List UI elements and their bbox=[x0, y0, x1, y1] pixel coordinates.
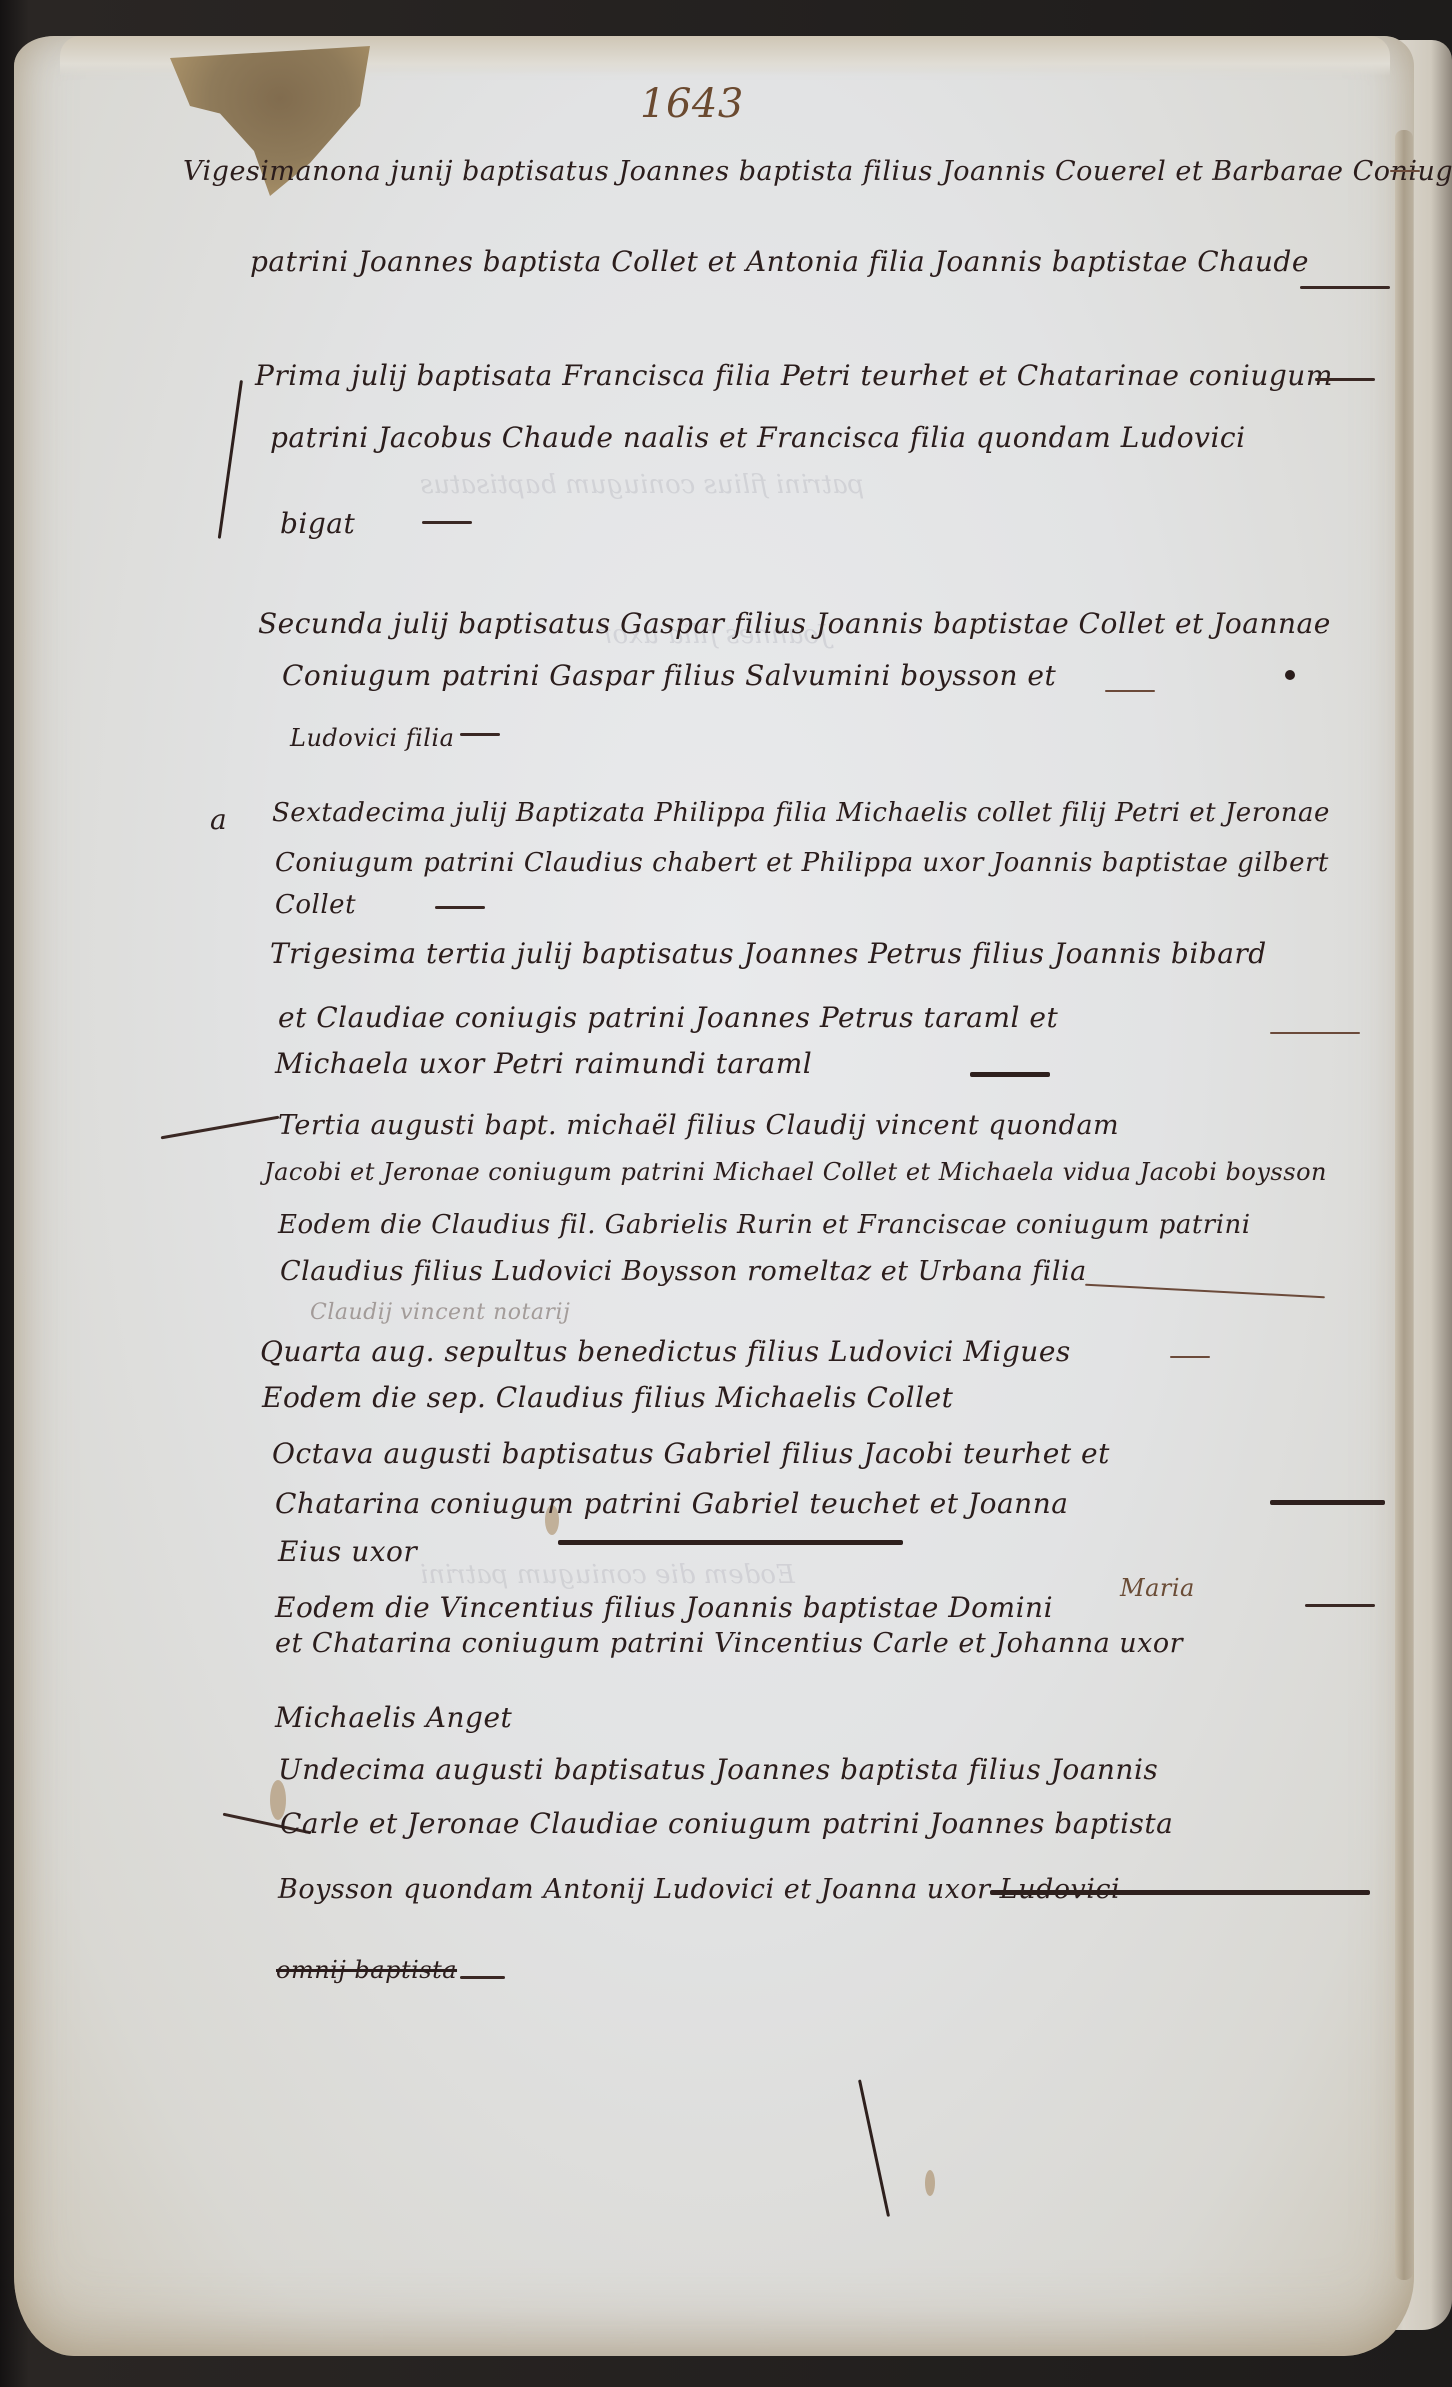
line-filler bbox=[1305, 1604, 1375, 1607]
line-filler bbox=[435, 906, 485, 909]
entry-9-line-1: Eodem die sep. Claudius filius Michaelis… bbox=[262, 1384, 953, 1412]
entry-6-line-1: Tertia augusti bapt. michaël filius Clau… bbox=[278, 1112, 1119, 1139]
entry-7-line-1: Eodem die Claudius fil. Gabrielis Rurin … bbox=[278, 1212, 1251, 1238]
entry-5-line-2: et Claudiae coniugis patrini Joannes Pet… bbox=[278, 1004, 1058, 1032]
line-filler bbox=[1270, 1500, 1385, 1505]
entry-10-line-1: Octava augusti baptisatus Gabriel filius… bbox=[272, 1440, 1110, 1468]
ink-spot bbox=[925, 2170, 935, 2196]
entry-10-line-2: Chatarina coniugum patrini Gabriel teuch… bbox=[275, 1490, 1068, 1518]
entry-3-line-2: Coniugum patrini Gaspar filius Salvumini… bbox=[282, 662, 1056, 690]
interlinear-annotation: Maria bbox=[1120, 1576, 1195, 1600]
line-filler bbox=[460, 733, 500, 736]
entry-3-line-3: Ludovici filia bbox=[290, 726, 454, 750]
line-filler bbox=[1315, 378, 1375, 381]
entry-1-line-1: Vigesimanona junij baptisatus Joannes ba… bbox=[183, 158, 1452, 185]
ink-dot bbox=[1285, 670, 1295, 680]
entry-4-line-3: Collet bbox=[275, 892, 356, 918]
entry-10-line-3: Eius uxor bbox=[278, 1538, 417, 1566]
entry-11-line-3: Michaelis Anget bbox=[275, 1704, 512, 1732]
line-filler bbox=[1270, 1032, 1360, 1034]
entry-8-line-1: Quarta aug. sepultus benedictus filius L… bbox=[260, 1338, 1071, 1366]
entry-11-line-1: Eodem die Vincentius filius Joannis bapt… bbox=[275, 1594, 1053, 1622]
entry-6-line-2: Jacobi et Jeronae coniugum patrini Micha… bbox=[264, 1160, 1327, 1184]
entry-2-line-3: bigat bbox=[280, 510, 355, 538]
year-header: 1643 bbox=[640, 84, 744, 124]
entry-5-line-3: Michaela uxor Petri raimundi taraml bbox=[275, 1050, 812, 1078]
entry-7-line-3: Claudij vincent notarij bbox=[310, 1302, 570, 1324]
entry-7-line-2: Claudius filius Ludovici Boysson romelta… bbox=[280, 1258, 1087, 1285]
entry-4-line-2: Coniugum patrini Claudius chabert et Phi… bbox=[275, 850, 1329, 876]
line-filler bbox=[460, 1976, 505, 1979]
entry-4-line-1: Sextadecima julij Baptizata Philippa fil… bbox=[272, 800, 1330, 826]
entry-5-line-1: Trigesima tertia julij baptisatus Joanne… bbox=[270, 940, 1267, 968]
bleed-through-text: Eodem die coniugum patrini bbox=[420, 1560, 795, 1590]
line-filler bbox=[970, 1072, 1050, 1077]
line-filler bbox=[1390, 170, 1420, 172]
bleed-through-text: patrini filius coniugum baptisatus bbox=[420, 470, 864, 500]
entry-11-line-2: et Chatarina coniugum patrini Vincentius… bbox=[275, 1630, 1183, 1657]
line-filler bbox=[558, 1540, 903, 1545]
line-filler bbox=[422, 521, 472, 524]
line-filler bbox=[1300, 286, 1390, 289]
entry-3-line-1: Secunda julij baptisatus Gaspar filius J… bbox=[258, 610, 1331, 638]
entry-12-line-2: Carle et Jeronae Claudiae coniugum patri… bbox=[280, 1810, 1173, 1838]
margin-mark: a bbox=[210, 806, 227, 834]
entry-2-line-1: Prima julij baptisata Francisca filia Pe… bbox=[255, 362, 1333, 390]
line-filler bbox=[1105, 690, 1155, 692]
entry-12-line-4: omnij baptista bbox=[276, 1958, 457, 1982]
entry-1-line-2: patrini Joannes baptista Collet et Anton… bbox=[250, 248, 1309, 276]
strikethrough bbox=[990, 1890, 1370, 1895]
entry-2-line-2: patrini Jacobus Chaude naalis et Francis… bbox=[270, 424, 1246, 452]
entry-12-line-1: Undecima augusti baptisatus Joannes bapt… bbox=[278, 1756, 1158, 1784]
line-filler bbox=[1170, 1356, 1210, 1358]
page-right-edge bbox=[1395, 130, 1413, 2280]
